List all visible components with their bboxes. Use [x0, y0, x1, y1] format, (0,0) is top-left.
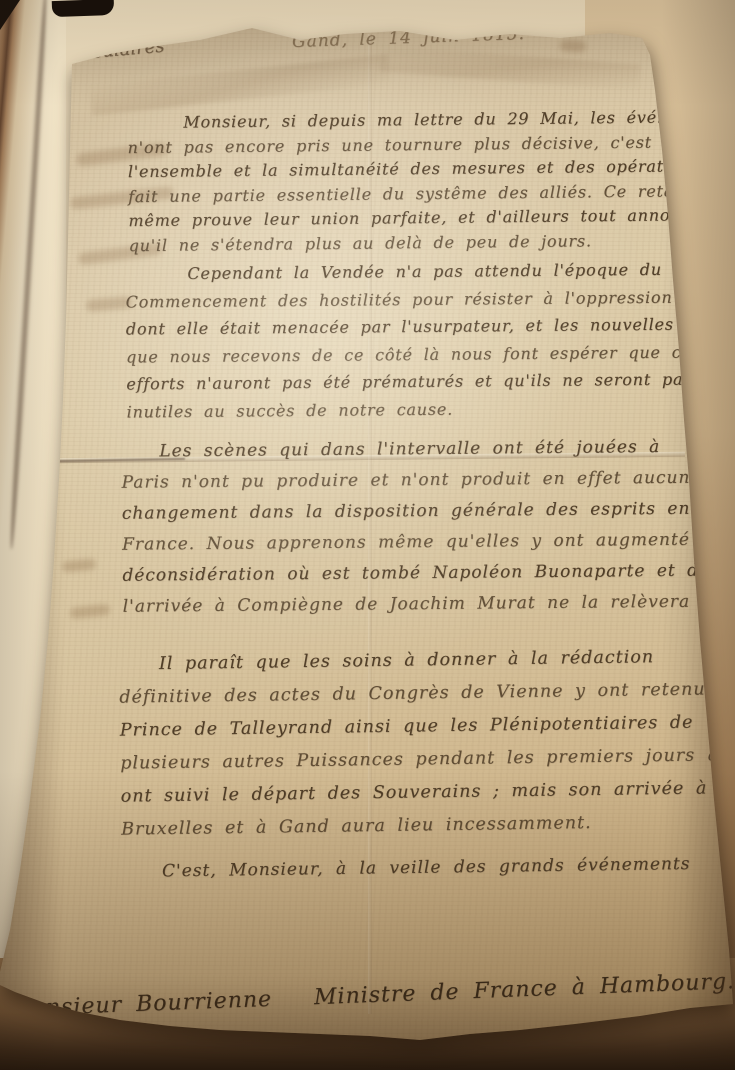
- handwritten-line: définitive des actes du Congrès de Vienn…: [119, 672, 735, 714]
- ink-bleed-mark: [86, 296, 133, 312]
- handwritten-line: Commencement des hostilités pour résiste…: [126, 283, 701, 316]
- handwritten-line: inutiles au succès de notre cause.: [126, 393, 701, 426]
- photograph-of-letter: Circulaires Gand, le 14 juin 1815. Monsi…: [0, 0, 735, 1070]
- handwritten-line: l'ensemble et la simultanéité des mesure…: [128, 154, 733, 185]
- ink-bleed-mark: [62, 558, 97, 572]
- ink-bleed-mark: [560, 39, 587, 52]
- paper-wrinkle: [89, 54, 390, 115]
- handwritten-line: Paris n'ont pu produire et n'ont produit…: [121, 462, 735, 498]
- fold-crease-dark-segment: [55, 458, 185, 462]
- handwritten-line: Il paraît que les soins à donner à la ré…: [159, 639, 735, 681]
- fold-crease-horizontal: [55, 452, 685, 464]
- handwritten-line: n'ont pas encore pris une tournure plus …: [128, 129, 733, 160]
- letter-sheet-wrapper: Circulaires Gand, le 14 juin 1815. Monsi…: [0, 0, 735, 1070]
- ink-bleed-mark: [70, 187, 175, 210]
- ink-bleed-mark: [70, 604, 111, 619]
- handwritten-line: changement dans la disposition générale …: [122, 493, 735, 529]
- handwritten-line: l'arrivée à Compiègne de Joachim Murat n…: [123, 586, 735, 622]
- handwritten-line: Cependant la Vendée n'a pas attendu l'ép…: [187, 255, 700, 287]
- paragraph-2: Cependant la Vendée n'a pas attendu l'ép…: [125, 255, 701, 425]
- handwritten-line: même prouve leur union parfaite, et d'ai…: [128, 203, 733, 234]
- addressee-name: Monsieur Bourrienne: [8, 987, 273, 1022]
- handwritten-line: Bruxelles et à Gand aura lieu incessamme…: [121, 804, 735, 846]
- letter-sheet: Circulaires Gand, le 14 juin 1815. Monsi…: [0, 0, 735, 1070]
- handwritten-line: dont elle était menacée par l'usurpateur…: [126, 310, 701, 343]
- handwritten-line: France. Nous apprenons même qu'elles y o…: [122, 524, 735, 560]
- dateline: Gand, le 14 juin 1815.: [292, 24, 526, 52]
- address-line: Monsieur BourrienneMinistre de France à …: [8, 969, 735, 1022]
- handwritten-line: Les scènes qui dans l'intervalle ont été…: [159, 431, 735, 467]
- docket-label: Circulaires: [63, 36, 165, 66]
- ink-bleed-mark: [78, 243, 163, 265]
- handwritten-line: fait une partie essentielle du systême d…: [128, 178, 733, 209]
- ink-bleed-mark: [76, 142, 169, 166]
- handwritten-line: plusieurs autres Puissances pendant les …: [120, 738, 735, 780]
- handwritten-line: qu'il ne s'étendra plus au delà de peu d…: [129, 227, 734, 258]
- handwritten-line: Monsieur, si depuis ma lettre du 29 Mai,…: [183, 105, 732, 135]
- addressee-role: Ministre de France à Hambourg.: [314, 969, 735, 1010]
- paragraph-1: Monsieur, si depuis ma lettre du 29 Mai,…: [127, 105, 733, 258]
- paragraph-5: C'est, Monsieur, à la veille des grands …: [120, 854, 691, 882]
- handwritten-line: Prince de Talleyrand ainsi que les Pléni…: [120, 705, 735, 747]
- handwritten-line: efforts n'auront pas été prématurés et q…: [126, 365, 701, 398]
- handwritten-line: déconsidération où est tombé Napoléon Bu…: [122, 555, 735, 591]
- fold-crease-vertical: [368, 34, 372, 1014]
- paper-wrinkle: [379, 46, 640, 90]
- paragraph-3: Les scènes qui dans l'intervalle ont été…: [121, 431, 735, 622]
- handwritten-line: ont suivi le départ des Souverains ; mai…: [120, 771, 735, 813]
- handwritten-line: que nous recevons de ce côté là nous fon…: [126, 338, 701, 371]
- handwritten-line: C'est, Monsieur, à la veille des grands …: [162, 854, 691, 881]
- paragraph-4: Il paraît que les soins à donner à la ré…: [119, 639, 735, 846]
